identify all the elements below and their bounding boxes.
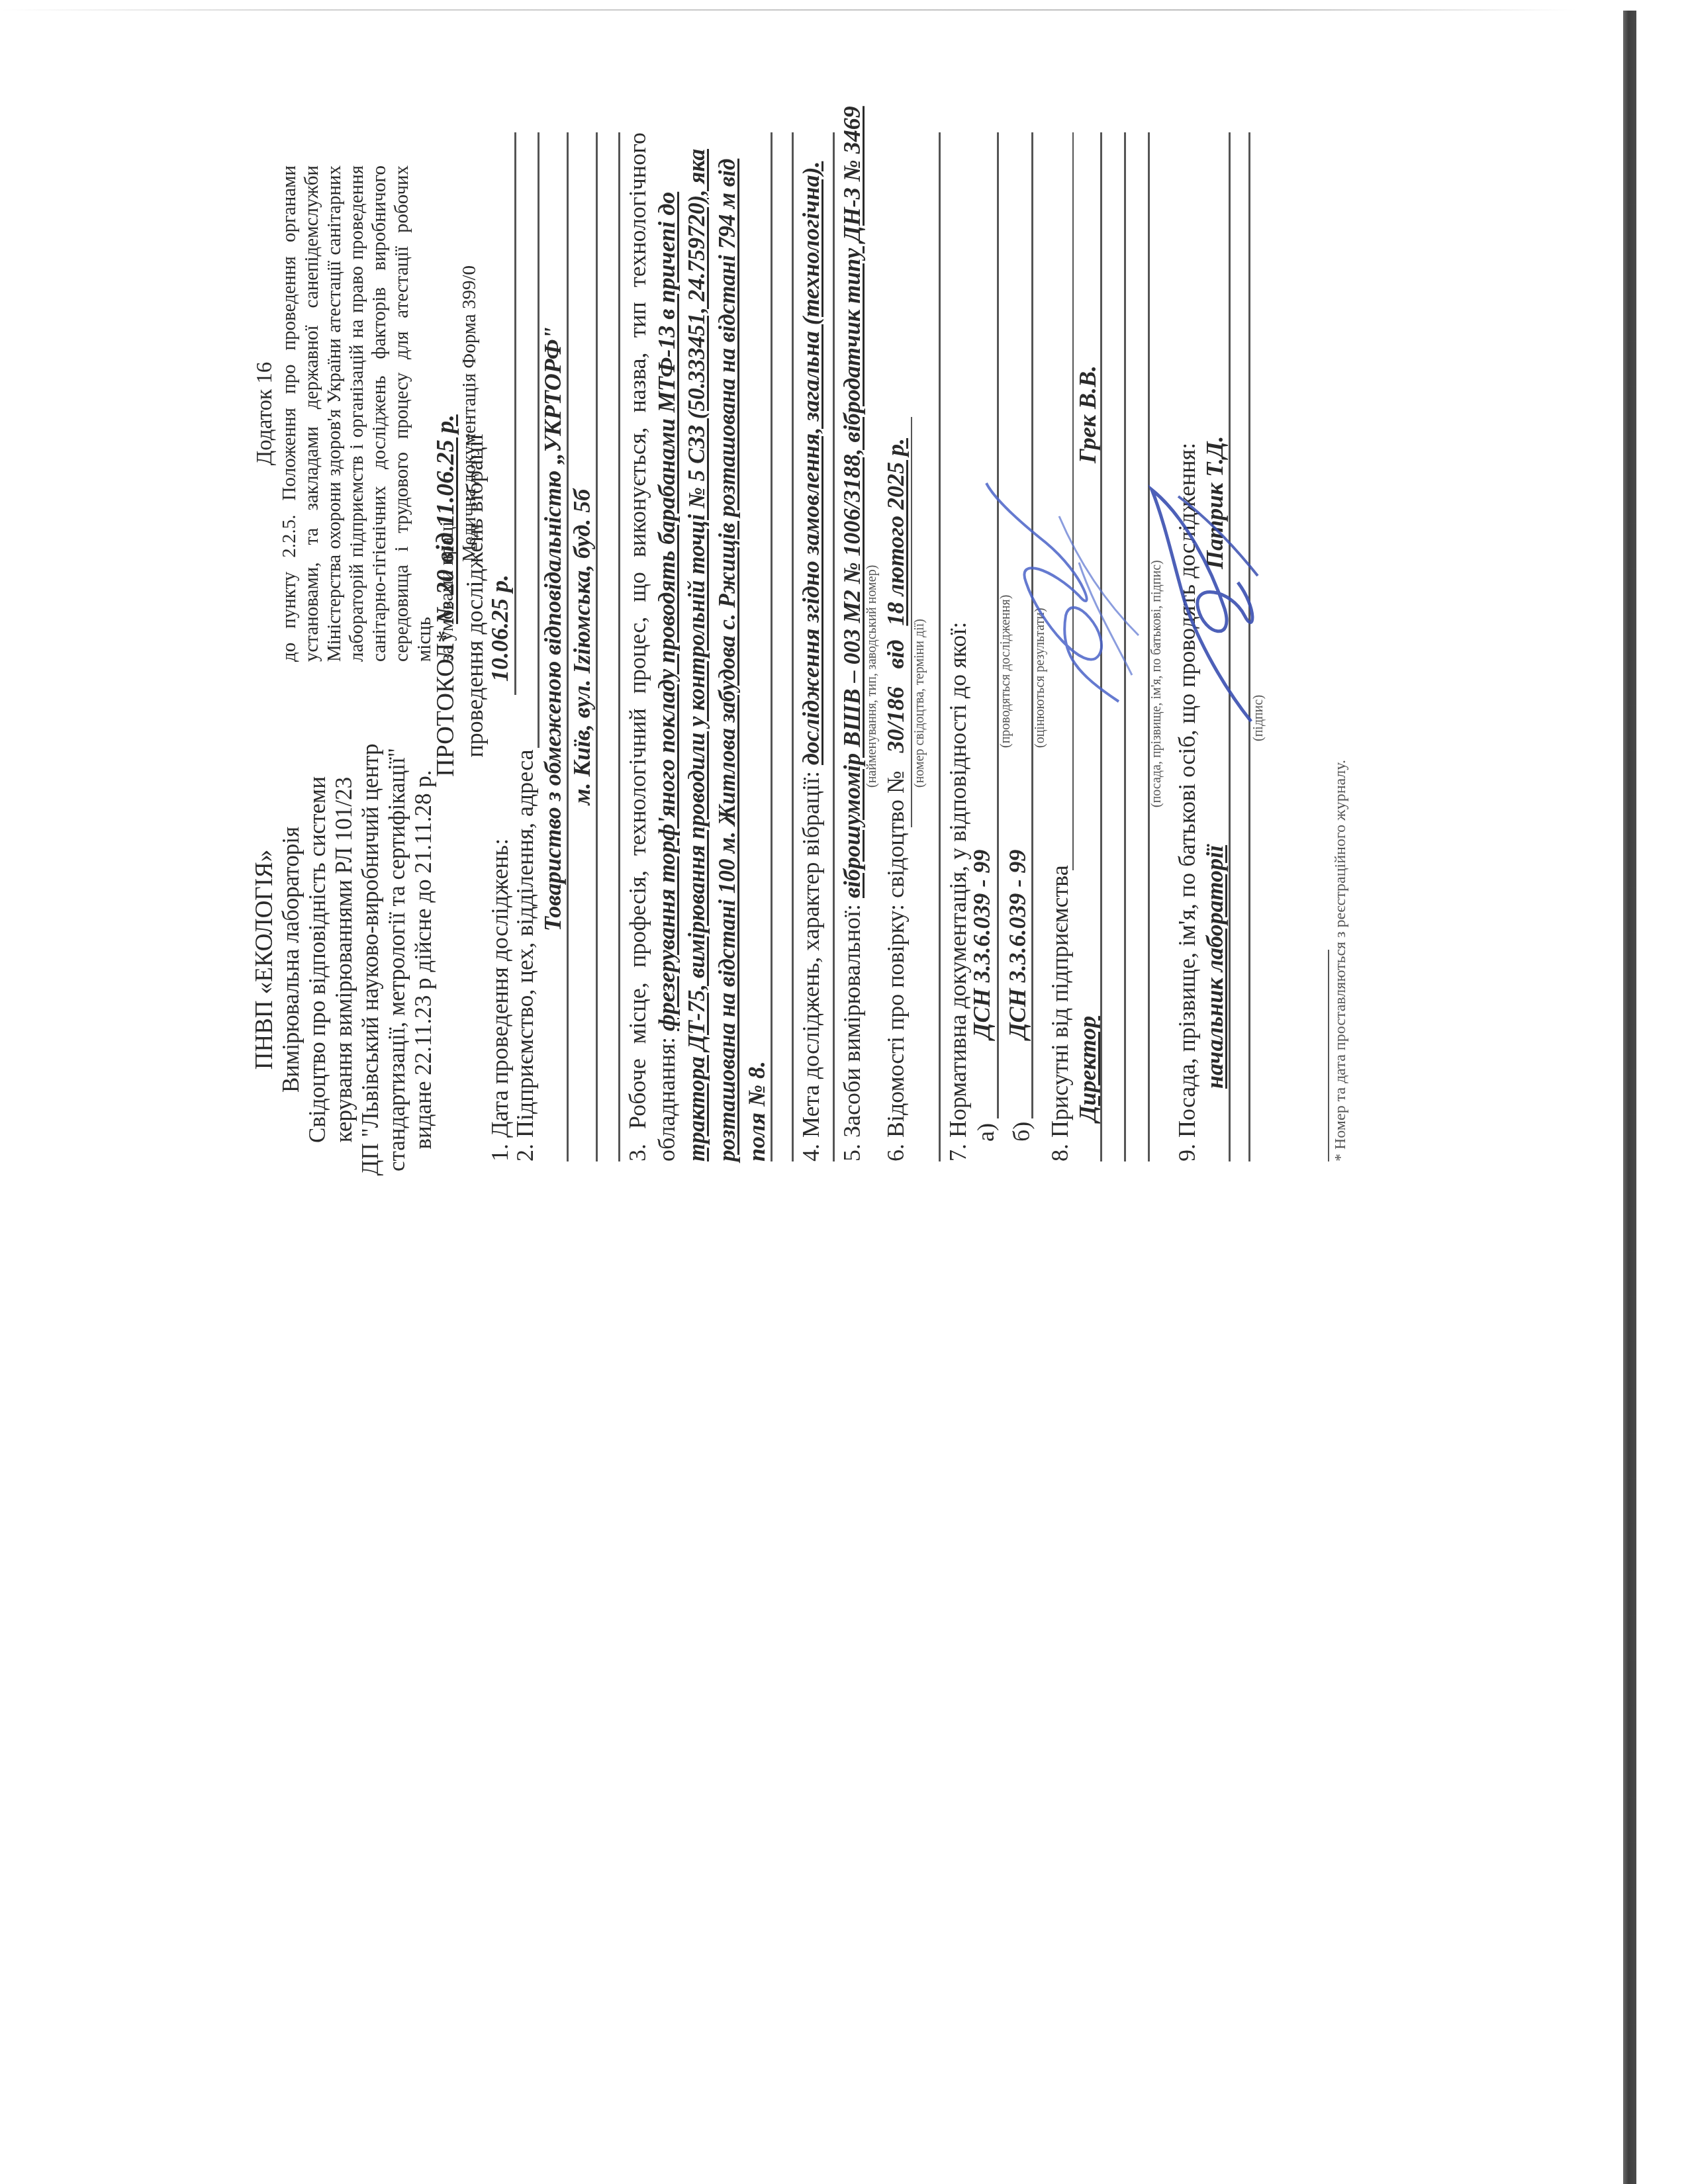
lab-name: Вимірювальна лабораторія bbox=[278, 728, 305, 1191]
item-3-value-2: трактора ДТ-75, вимірювання проводили у … bbox=[682, 132, 712, 1161]
item-3-value-1: фрезерування торф'яного покладу проводят… bbox=[653, 192, 680, 1031]
item-1-value: 10.06.25 р. bbox=[485, 574, 515, 682]
appendix-text-5: санітарно-гігієнічних досліджень факторі… bbox=[368, 165, 391, 662]
item-2-label: 2. Підприємство, цех, відділення, адреса bbox=[510, 749, 540, 1161]
issuer-line-2: стандартизації, метрології та сертифікац… bbox=[384, 728, 410, 1191]
item-9-position: начальник лабораторії bbox=[1199, 845, 1230, 1089]
item-4-line: 4. Мета досліджень, характер вібрації: д… bbox=[796, 161, 826, 1161]
item-7-top-rule bbox=[939, 132, 941, 1161]
appendix-text-3: Міністерства охорони здоров'я України ат… bbox=[323, 165, 346, 662]
item-6-from: від bbox=[882, 640, 909, 669]
item-4-label: 4. Мета досліджень, характер вібрації: bbox=[798, 771, 824, 1161]
item-3-top-rule bbox=[618, 132, 620, 1161]
item-7-a-value: ДСН 3.3.6.039 - 99 bbox=[966, 849, 997, 1039]
item-2-value-1: Товариство з обмеженою відповідальністю … bbox=[538, 132, 568, 1125]
appendix-text-1: до пункту 2.2.5. Положення про проведенн… bbox=[278, 165, 301, 662]
item-6-date: 18 лютого 2025 р. bbox=[882, 438, 909, 626]
item-5-line: 5. Засоби вимірювальної: віброшумомір ВШ… bbox=[837, 106, 867, 1161]
item-6-label: 6. Відомості про повірку: свідоцтво № bbox=[882, 771, 909, 1161]
item-1-rule bbox=[514, 132, 516, 695]
item-6-number: 30/186 bbox=[882, 687, 909, 753]
issuer-line-1: ДП "Львівський науково-виробничий центр bbox=[357, 728, 384, 1191]
protocol-prefix: ПРОТОКОЛ* bbox=[432, 630, 459, 776]
appendix-text-4: лабораторій підприємств і організацій на… bbox=[346, 165, 368, 662]
rotated-page: ПНВП «ЕКОЛОГІЯ» Вимірювальна лабораторія… bbox=[0, 0, 1688, 2184]
appendix-text-2: установами, та закладами державної санеп… bbox=[301, 165, 323, 662]
item-5-label: 5. Засоби вимірювальної: bbox=[839, 904, 865, 1161]
item-6-line: 6. Відомості про повірку: свідоцтво № 30… bbox=[880, 438, 911, 1161]
item-8-name: Грек В.В. bbox=[1072, 365, 1103, 463]
appendix-text-6: середовища і трудового процесу для атест… bbox=[391, 165, 436, 662]
item-8-label: 8. Присутні від підприємства bbox=[1045, 865, 1075, 1161]
header-left: ПНВП «ЕКОЛОГІЯ» Вимірювальна лабораторія… bbox=[252, 728, 437, 1191]
item-3-value-3: розташована на відстані 100 м. Житлова з… bbox=[712, 132, 743, 1161]
item-4-value: дослідження згідно замовлення, загальна … bbox=[798, 161, 824, 765]
cert-line-1: Свідоцтво про відповідність системи bbox=[305, 728, 331, 1191]
footnote-rule bbox=[1328, 950, 1329, 1161]
appendix-label: Додаток 16 bbox=[252, 165, 278, 662]
item-8-position: Директор bbox=[1072, 1016, 1103, 1122]
item-2-rule-c bbox=[596, 132, 598, 1161]
item-3-label-2: обладнання: bbox=[653, 1037, 680, 1161]
item-2-value-2: м. Київ, вул. Іziюмська, буд. 5б bbox=[567, 132, 597, 1161]
item-7-b-value: ДСН 3.3.6.039 - 99 bbox=[1002, 849, 1033, 1039]
item-4-top-rule bbox=[792, 132, 794, 1161]
org-name: ПНВП «ЕКОЛОГІЯ» bbox=[252, 728, 278, 1191]
item-5-top-rule bbox=[833, 132, 835, 1161]
item-7-b-marker: б) bbox=[1006, 1122, 1037, 1142]
protocol-title: ПРОТОКОЛ* № 20 від 11.06.25 р. bbox=[430, 298, 461, 893]
item-3-label-1: 3. Робоче місце, професія, технологічний… bbox=[622, 132, 653, 1161]
signature-patryk-icon bbox=[1125, 477, 1271, 741]
item-5-caption: (найменування, тип, заводський номер) bbox=[865, 565, 880, 788]
item-6-caption: (номер свідоцтва, терміни дії) bbox=[912, 619, 927, 788]
item-7-a-marker: а) bbox=[970, 1123, 1001, 1142]
item-3-bottom-rule bbox=[771, 132, 773, 1161]
protocol-number: № 20 від 11.06.25 р. bbox=[432, 414, 459, 624]
protocol-page: ПНВП «ЕКОЛОГІЯ» Вимірювальна лабораторія… bbox=[0, 0, 1688, 2184]
item-3-value-4: поля № 8. bbox=[741, 1061, 772, 1161]
footnote: * Номер та дата проставляються з реєстра… bbox=[1332, 760, 1350, 1161]
cert-line-2: керування вимірюваннями РЛ 101/23 bbox=[331, 728, 357, 1191]
item-5-value: віброшумомір ВШВ – 003 М2 № 1006/3188, в… bbox=[839, 106, 865, 898]
item-3-line-2: обладнання: фрезерування торф'яного покл… bbox=[651, 132, 682, 1161]
